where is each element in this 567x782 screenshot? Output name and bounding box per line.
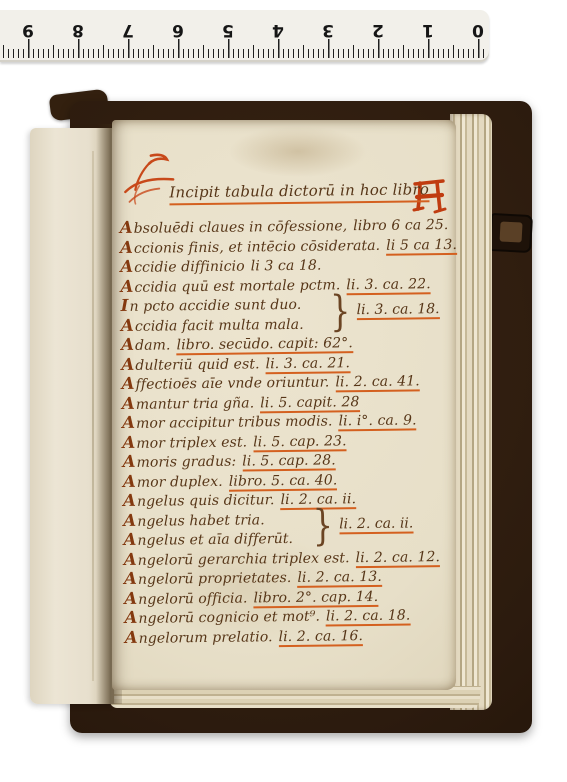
clasp-fitting xyxy=(500,221,523,242)
entry-text: moris gradus: xyxy=(136,454,236,471)
ruler-ticks-cm xyxy=(0,39,485,58)
ruler-number: 2 xyxy=(366,20,390,40)
entry-line: Affectioēs aīe vnde oriuntur.li. 2. ca. … xyxy=(122,370,452,394)
entry-reference: li 3 ca 18. xyxy=(251,258,322,275)
entry-reference: li. 2. ca. 41. xyxy=(335,373,420,392)
ruler-number: 0 xyxy=(466,20,490,40)
ruler-number: 5 xyxy=(216,20,240,40)
entry-reference: libro 6 ca 25. xyxy=(353,217,448,234)
entry-initial: A xyxy=(122,393,135,412)
entry-initial: A xyxy=(120,218,133,237)
entry-reference: li. i°. ca. 9. xyxy=(338,412,416,431)
entry-reference: li 5 ca 13. xyxy=(386,236,457,255)
entry-initial: A xyxy=(122,432,135,451)
ruler-number: 7 xyxy=(116,20,140,40)
entry-initial: A xyxy=(122,413,135,432)
entry-text: mor duplex. xyxy=(137,473,223,490)
page-title: Incipit tabula dictorū in hoc libro xyxy=(169,180,429,205)
entry-initial: A xyxy=(124,608,137,627)
manuscript-page: Incipit tabula dictorū in hoc libro Abso… xyxy=(112,120,456,690)
entry-initial: A xyxy=(121,315,134,334)
brace-group-2: } li. 2. ca. ii. xyxy=(309,504,413,544)
entry-text: ffectioēs aīe vnde oriuntur. xyxy=(136,374,330,392)
ruler-number: 8 xyxy=(66,20,90,40)
text-block: Incipit tabula dictorū in hoc libro Abso… xyxy=(119,170,455,647)
page-crease xyxy=(92,151,94,681)
ruler-number: 3 xyxy=(316,20,340,40)
entry-text: mor triplex est. xyxy=(136,434,247,451)
entry-line: Angelorum prelatio.li. 2. ca. 16. xyxy=(125,623,455,647)
ruler: 0123456789 xyxy=(0,10,489,62)
entry-text: ccidia facit multa mala. xyxy=(135,316,304,334)
photo-scene: 0123456789 xyxy=(0,0,567,782)
entry-text: ngelorū officia. xyxy=(138,590,248,607)
entry-initial: A xyxy=(123,471,136,490)
entry-text: ngelus quis dicitur. xyxy=(137,492,275,510)
entry-text: ccidia quū est mortale pctm. xyxy=(134,277,340,296)
entry-text: ngelorū cognicio et mot⁹. xyxy=(138,609,320,627)
entry-text: ngelorum prelatio. xyxy=(139,629,273,647)
title-row: Incipit tabula dictorū in hoc libro xyxy=(119,170,449,208)
entry-text: ngelus et aīa differūt. xyxy=(137,531,293,549)
entry-text: bsoluēdi claues in cōfessione, xyxy=(134,218,348,237)
clasp-remnant xyxy=(489,213,533,253)
entry-line: Angelorū cognicio et mot⁹.li. 2. ca. 18. xyxy=(124,604,454,628)
entry-initial: A xyxy=(120,276,133,295)
entry-initial: A xyxy=(125,627,138,646)
ruler-number: 1 xyxy=(416,20,440,40)
entry-initial: A xyxy=(120,257,133,276)
entry-initial: A xyxy=(123,452,136,471)
brace-icon: } xyxy=(330,291,351,330)
entry-initial: A xyxy=(124,588,137,607)
entry-initial: A xyxy=(121,354,134,373)
entry-line: Accionis finis, et intēcio cōsiderata.li… xyxy=(120,233,450,257)
entry-initial: I xyxy=(121,296,129,315)
brace-group-1: } li. 3. ca. 18. xyxy=(327,290,440,330)
entry-text: ngelorū proprietates. xyxy=(138,570,292,588)
ruler-number: 4 xyxy=(266,20,290,40)
entry-reference: li. 2. ca. 12. xyxy=(355,549,440,568)
entry-initial: A xyxy=(120,237,133,256)
entry-text: mantur tria gña. xyxy=(136,395,255,412)
entry-text: ccidie diffinicio xyxy=(134,259,245,276)
entry-text: ngelus habet tria. xyxy=(137,512,265,530)
entry-text: ngelorū gerarchia triplex est. xyxy=(138,550,350,569)
entry-text: dulteriū quid est. xyxy=(135,356,259,374)
brace-reference: li. 3. ca. 18. xyxy=(356,301,439,320)
brace-icon: } xyxy=(313,505,334,544)
ruler-number: 9 xyxy=(16,20,40,40)
entry-line: Amor accipitur tribus modis.li. i°. ca. … xyxy=(122,409,452,433)
entry-initial: A xyxy=(123,510,136,529)
brace-reference: li. 2. ca. ii. xyxy=(339,515,413,534)
entry-initial: A xyxy=(122,374,135,393)
entry-text: mor accipitur tribus modis. xyxy=(136,413,333,431)
entry-reference: li. 2. ca. 18. xyxy=(326,608,411,627)
entry-initial: A xyxy=(121,335,134,354)
entry-text: dam. xyxy=(135,337,171,353)
entry-initial: A xyxy=(123,530,136,549)
page-stack-fore-edge xyxy=(450,114,492,710)
entry-text: ccionis finis, et intēcio cōsiderata. xyxy=(134,237,380,256)
ruler-number: 6 xyxy=(166,20,190,40)
entry-initial: A xyxy=(123,491,136,510)
entry-list: Absoluēdi claues in cōfessione,libro 6 c… xyxy=(120,214,455,647)
entry-reference: li. 2. ca. 16. xyxy=(279,628,364,647)
entry-line: Angelorū gerarchia triplex est.li. 2. ca… xyxy=(124,545,454,569)
page-stain xyxy=(229,126,367,177)
entry-text: n pcto accidie sunt duo. xyxy=(129,297,301,315)
entry-initial: A xyxy=(124,549,137,568)
entry-initial: A xyxy=(124,569,137,588)
